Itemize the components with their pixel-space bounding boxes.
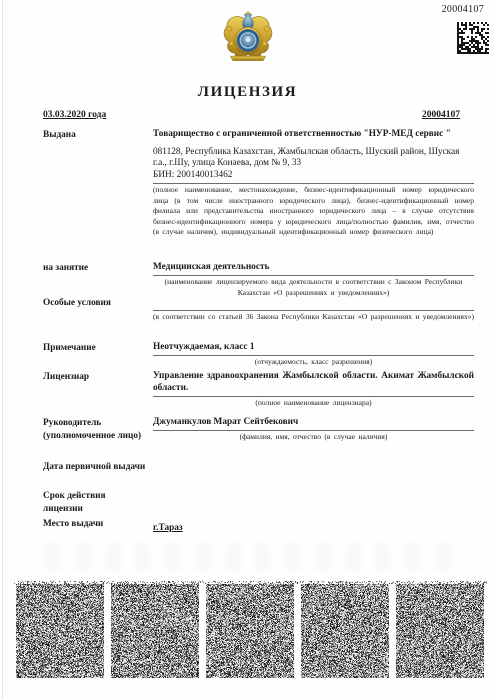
license-number: 20004107	[422, 110, 460, 120]
field-divider	[153, 430, 474, 431]
field-label-validity: Срок действия лицензии	[43, 489, 153, 516]
field-caption-licensor: (полное наименование лицензиара)	[153, 398, 474, 409]
note-value: Неотчуждаемая, класс 1	[153, 341, 474, 353]
licensee-address: 081128, Республика Казахстан, Жамбылская…	[153, 147, 474, 170]
field-issued: Выдана Товарищество с ограниченной ответ…	[43, 128, 474, 238]
field-label-licensor: Лицензиар	[43, 370, 153, 409]
field-licensor: Лицензиар Управление здравоохранения Жам…	[43, 370, 474, 409]
special-conditions-value	[153, 296, 474, 308]
field-label-issue-place: Место выдачи	[43, 517, 153, 535]
kazakhstan-emblem-icon	[222, 11, 274, 64]
barcode-row	[16, 584, 484, 678]
barcode-block	[206, 584, 294, 678]
field-label-special-conditions: Особые условия	[43, 296, 153, 323]
licensee-name: Товарищество с ограниченной ответственно…	[153, 128, 474, 140]
field-divider	[153, 183, 474, 184]
field-note: Примечание Неотчуждаемая, класс 1 (отчуж…	[43, 341, 474, 368]
field-special-conditions: Особые условия (в соответствии со статье…	[43, 296, 474, 323]
scan-edge-artifact	[2, 0, 3, 699]
field-caption-issued: (полное наименование, местонахождение, б…	[153, 185, 474, 238]
licensor-value: Управление здравоохранения Жамбылской об…	[153, 370, 474, 394]
barcode-block	[111, 584, 199, 678]
field-caption-head: (фамилия, имя, отчество (в случае наличи…	[153, 432, 474, 443]
head-value: Джуманкулов Марат Сейтбекович	[153, 416, 474, 428]
field-caption-activity: (наименование лицензируемого вида деятел…	[153, 277, 474, 298]
field-activity: на занятие Медицинская деятельность (наи…	[43, 261, 474, 298]
field-label-head: Руководитель (уполномоченное лицо)	[43, 416, 153, 443]
field-caption-special-conditions: (в соответствии со статьей 36 Закона Рес…	[153, 312, 474, 323]
issue-date: 03.03.2020 года	[43, 110, 106, 120]
barcode-block	[301, 584, 389, 678]
document-title: ЛИЦЕНЗИЯ	[0, 84, 495, 101]
field-label-note: Примечание	[43, 341, 153, 368]
scan-ghost-band	[45, 543, 460, 571]
field-first-issue-date: Дата первичной выдачи	[43, 460, 474, 474]
field-caption-note: (отчуждаемость, класс разрешения)	[153, 357, 474, 368]
field-label-first-issue-date: Дата первичной выдачи	[43, 460, 153, 474]
barcode-block	[396, 584, 484, 678]
field-issue-place: Место выдачи г.Тараз	[43, 517, 474, 535]
date-number-row: 03.03.2020 года 20004107	[43, 110, 460, 120]
field-divider	[153, 396, 474, 397]
field-divider	[153, 310, 474, 311]
field-divider	[153, 355, 474, 356]
license-document: 20004107 ЛИЦЕНЗИЯ	[0, 0, 495, 699]
licensee-bin: БИН: 200140013462	[153, 170, 474, 181]
field-validity: Срок действия лицензии	[43, 489, 474, 516]
qr-code	[457, 22, 489, 54]
field-label-issued: Выдана	[43, 128, 153, 238]
document-number-top: 20004107	[442, 4, 484, 15]
field-label-activity: на занятие	[43, 261, 153, 298]
field-divider	[153, 275, 474, 276]
issue-place-value: г.Тараз	[153, 522, 183, 534]
field-head: Руководитель (уполномоченное лицо) Джума…	[43, 416, 474, 443]
barcode-block	[16, 584, 104, 678]
activity-value: Медицинская деятельность	[153, 261, 474, 273]
